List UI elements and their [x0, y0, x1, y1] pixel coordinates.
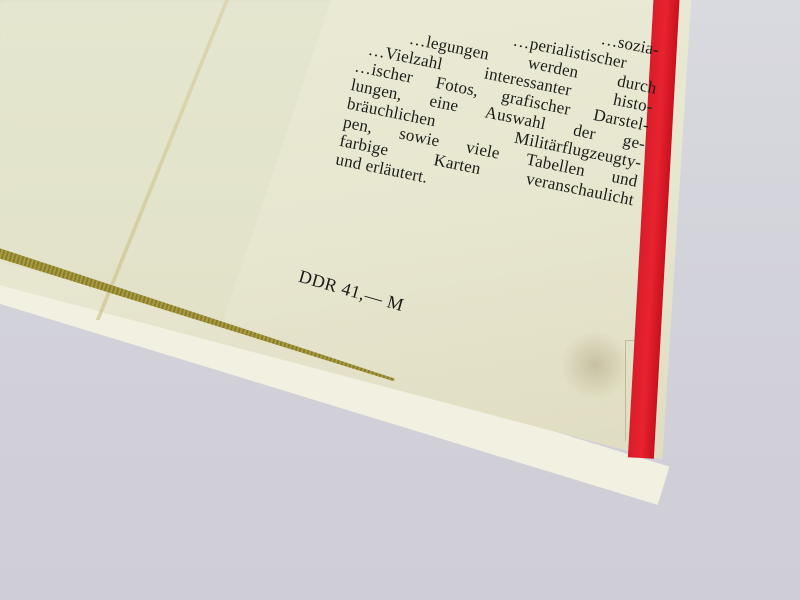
book: …sozia- …perialistischer …legungen werde… — [0, 0, 800, 600]
foxing-stain — [560, 330, 630, 400]
photo-scene: …sozia- …perialistischer …legungen werde… — [0, 0, 800, 600]
